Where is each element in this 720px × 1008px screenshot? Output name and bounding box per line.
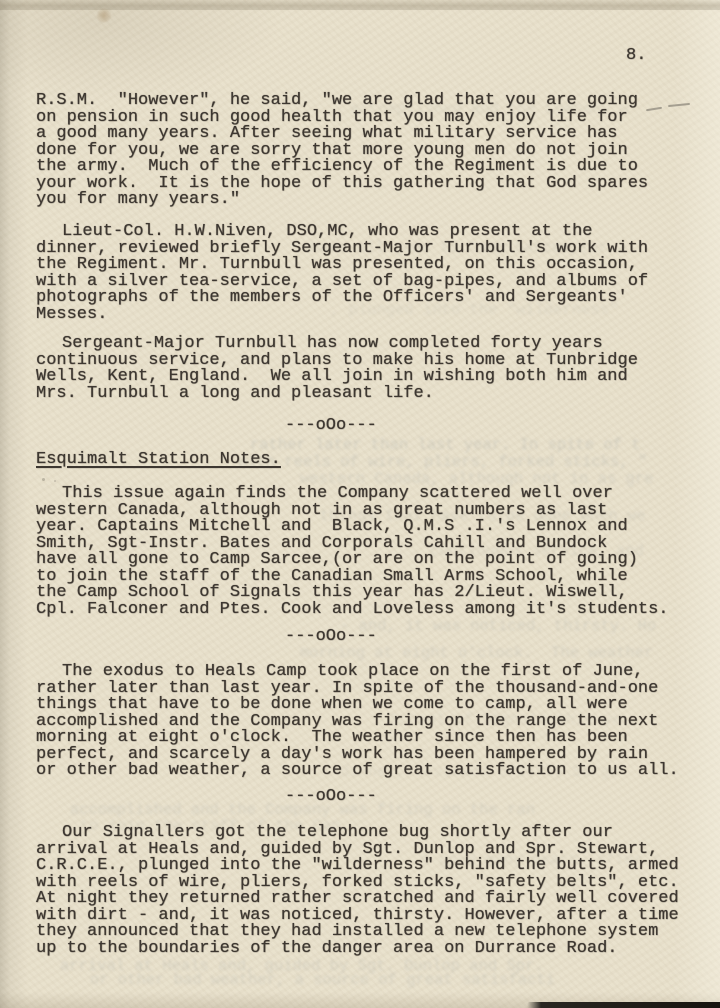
section-divider: ---oOo--- [285,629,377,646]
paragraph-company-scattered: This issue again finds the Company scatt… [36,486,669,618]
bleed-through-line: with reels of wire, pliers, forked stick… [238,454,647,470]
bleed-through-line: or other bad weather, a source of great … [90,972,555,988]
paper-speck [42,478,45,481]
page-edge-shadow [0,0,720,10]
paper-speck [54,480,56,482]
paragraph-heals-camp: The exodus to Heals Camp took place on t… [36,664,679,780]
document-page: accomplished and the Company whave all g… [0,0,720,1008]
paragraph-signallers: Our Signallers got the telephone bug sho… [36,825,679,957]
section-divider: ---oOo--- [285,418,377,435]
section-divider: ---oOo--- [285,789,377,806]
pencil-mark [646,107,662,111]
bleed-through-line: morning at eight o'clock. The weather [300,645,653,661]
pencil-mark [668,103,690,107]
paragraph-niven-dinner: Lieut-Col. H.W.Niven, DSO,MC, who was pr… [36,224,648,323]
paragraph-rsm-speech: R.S.M. "However", he said, "we are glad … [36,93,648,209]
bleed-through-line: arrival at Heals and, guided by Sgt. Dun… [60,958,544,974]
paragraph-turnbull-retirement: Sergeant-Major Turnbull has now complete… [36,336,638,402]
page-number: 8. [626,48,646,65]
paper-stain [96,8,112,23]
scan-edge [527,1002,720,1008]
bleed-through-line: - and, it was noticed, thirsty. Ho [340,618,656,634]
section-heading: Esquimalt Station Notes. [36,452,281,469]
bleed-through-line: rather later than last year. In spite of… [250,437,641,453]
